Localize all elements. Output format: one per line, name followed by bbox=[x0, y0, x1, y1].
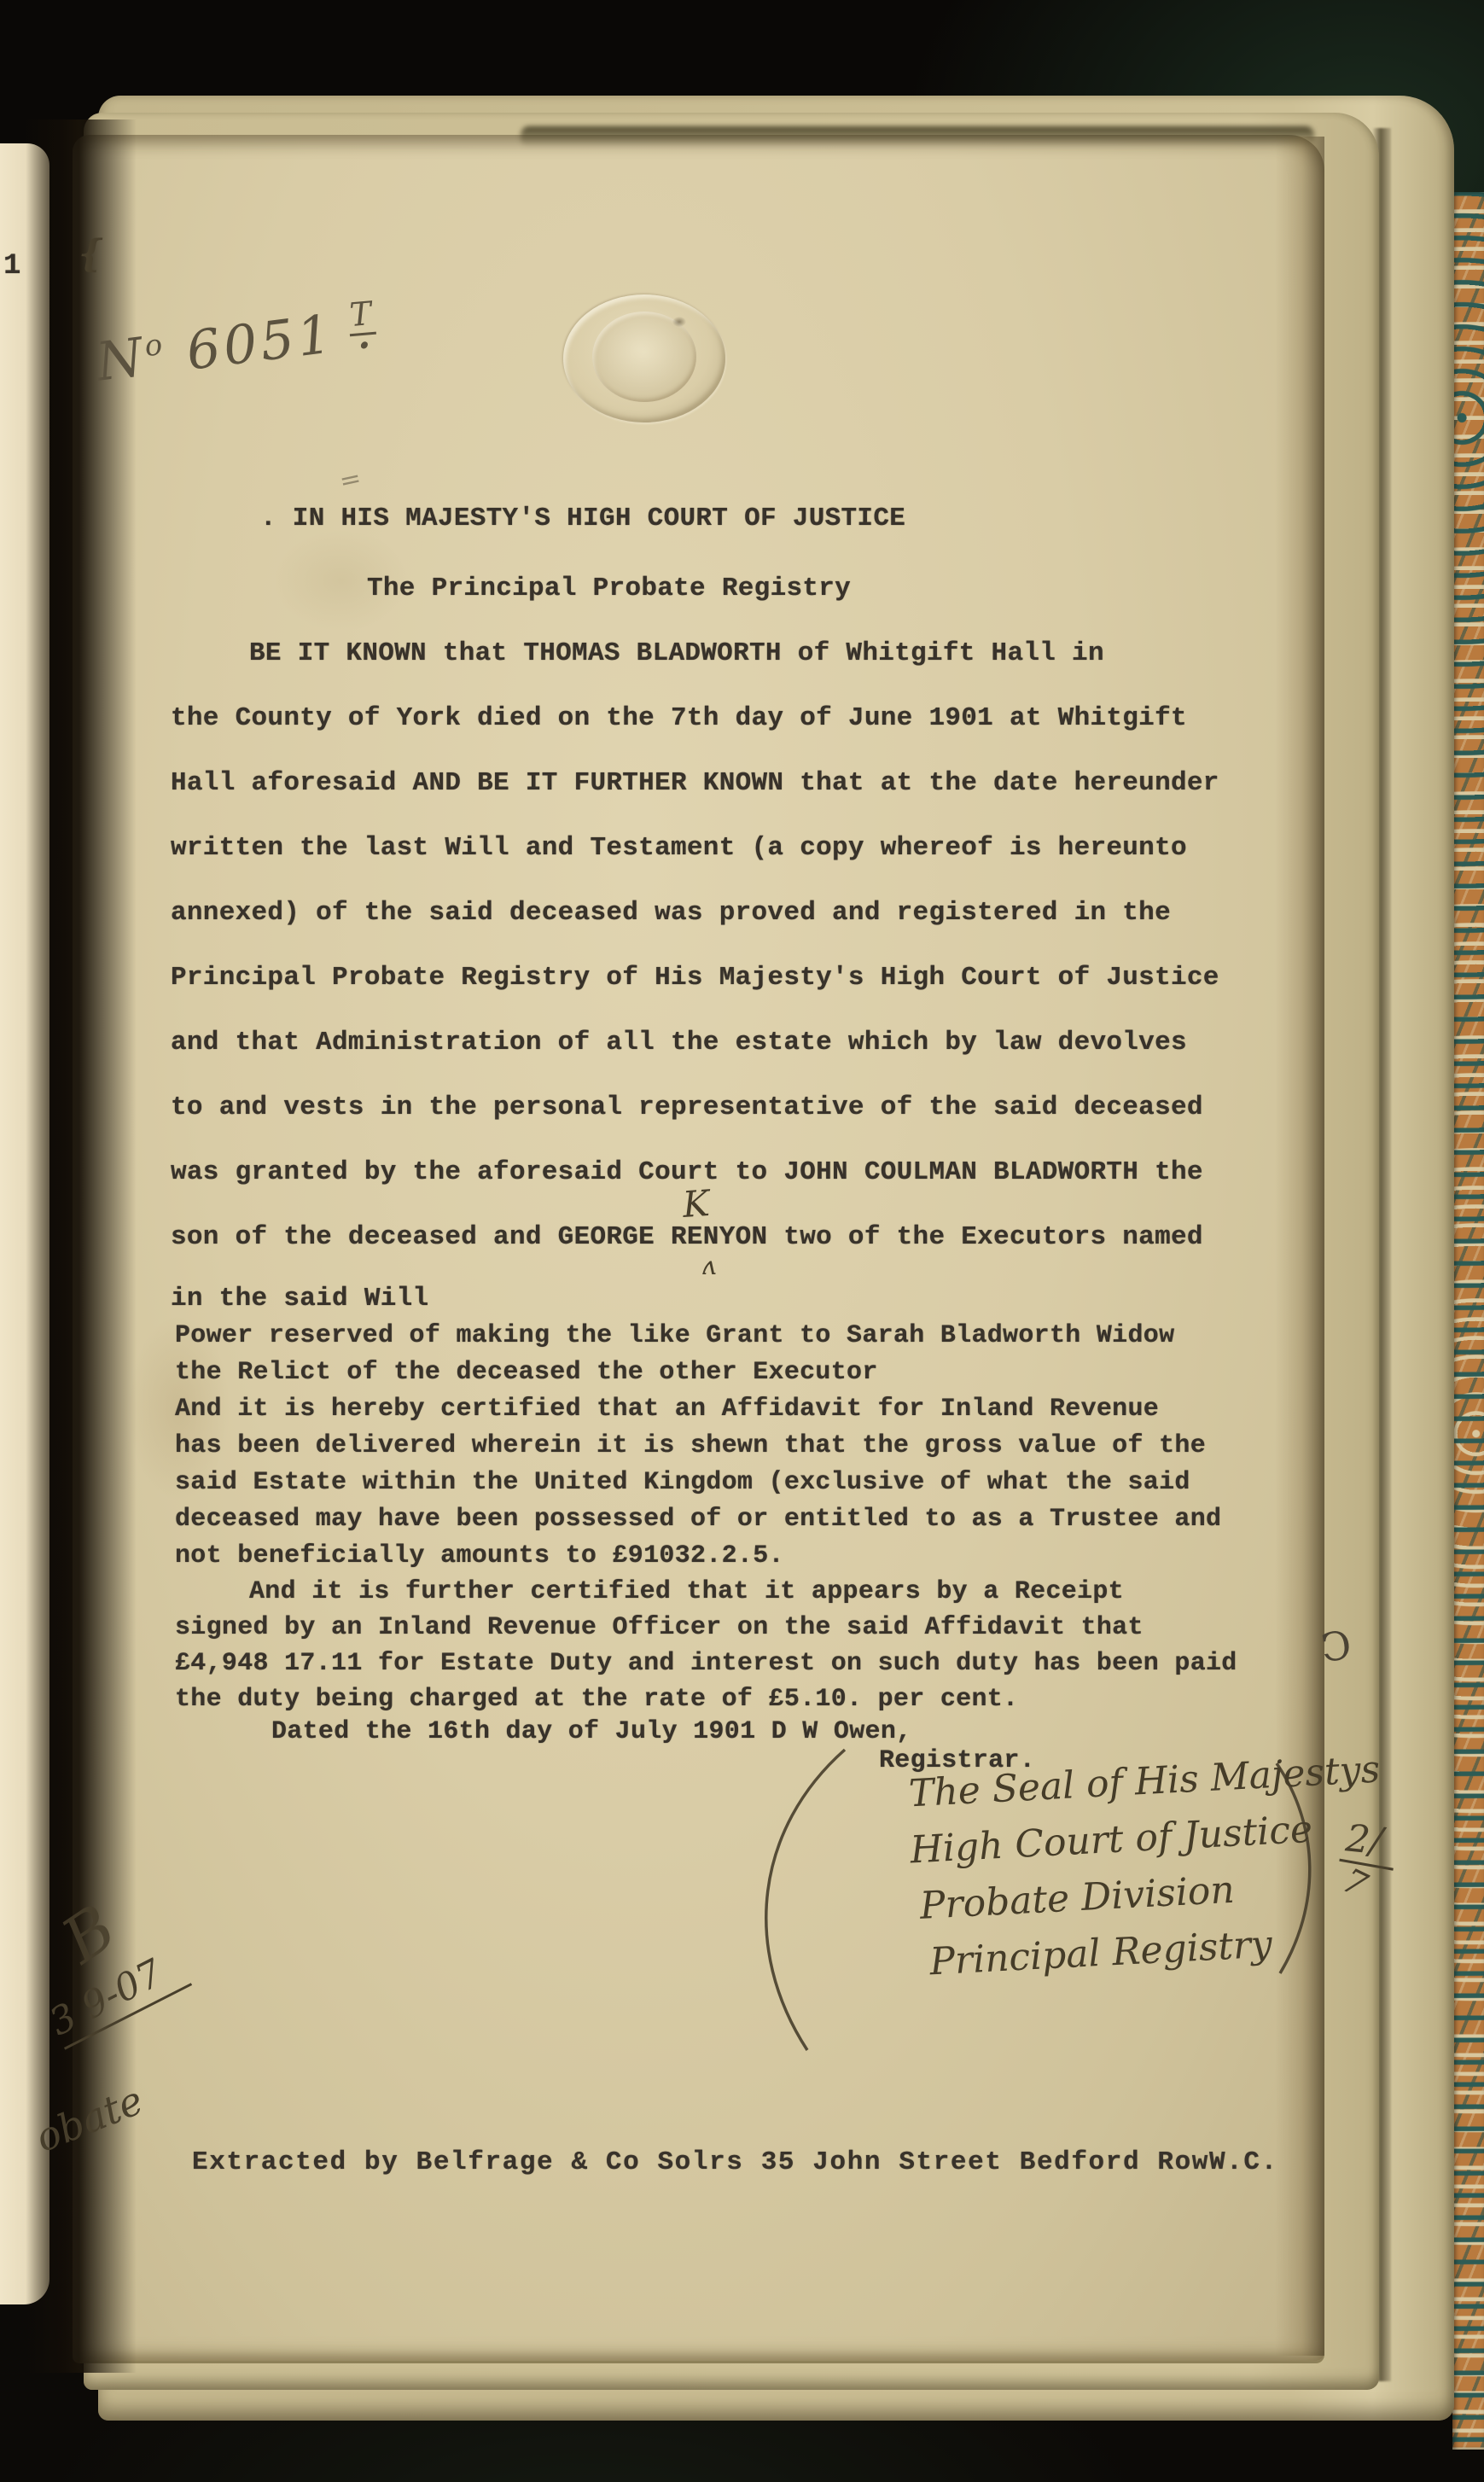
extraction-footer: Extracted by Belfrage & Co Solrs 35 John… bbox=[192, 2147, 1278, 2178]
worn-top-edge bbox=[521, 126, 1314, 147]
typed-line: the County of York died on the 7th day o… bbox=[171, 703, 1187, 734]
typed-line: to and vests in the personal representat… bbox=[171, 1092, 1203, 1123]
court-heading: . IN HIS MAJESTY'S HIGH COURT OF JUSTICE bbox=[260, 504, 905, 534]
typed-line: son of the deceased and GEORGE RENYON tw… bbox=[171, 1222, 1203, 1253]
typed-line: And it is hereby certified that an Affid… bbox=[175, 1395, 1159, 1425]
page-right-crease bbox=[1275, 137, 1324, 2356]
typed-line: and that Administration of all the estat… bbox=[171, 1028, 1187, 1058]
royal-coat-of-arms-embossed-seal-icon bbox=[563, 294, 725, 422]
typed-line: deceased may have been possessed of or e… bbox=[175, 1505, 1221, 1535]
document-number-prefix: N bbox=[93, 325, 150, 393]
edge-fraction-numerator: 2/ bbox=[1344, 1816, 1405, 1866]
document-number-suffix: T bbox=[346, 294, 376, 337]
typed-line: said Estate within the United Kingdom (e… bbox=[175, 1468, 1190, 1498]
typed-line: in the said Will bbox=[171, 1284, 428, 1314]
handwritten-correction-letter: K bbox=[681, 1182, 711, 1226]
typed-line: Hall aforesaid AND BE IT FURTHER KNOWN t… bbox=[171, 768, 1219, 799]
typed-line: signed by an Inland Revenue Officer on t… bbox=[175, 1613, 1144, 1643]
attestation-script: The Seal of His Majestys High Court of J… bbox=[888, 1743, 1371, 1993]
opposite-page-number: 1 bbox=[3, 250, 21, 283]
typed-line: the Relict of the deceased the other Exe… bbox=[175, 1358, 878, 1388]
typed-line: Principal Probate Registry of His Majest… bbox=[171, 963, 1219, 993]
typed-line: Power reserved of making the like Grant … bbox=[175, 1321, 1174, 1351]
typed-line: £4,948 17.11 for Estate Duty and interes… bbox=[175, 1649, 1237, 1679]
typed-line: has been delivered wherein it is shewn t… bbox=[175, 1431, 1206, 1461]
marbled-cover-edge bbox=[1452, 192, 1484, 2450]
typed-line: not beneficially amounts to £91032.2.5. bbox=[175, 1541, 784, 1571]
typed-line: And it is further certified that it appe… bbox=[249, 1577, 1124, 1607]
typed-line: written the last Will and Testament (a c… bbox=[171, 833, 1187, 864]
typed-line: the duty being charged at the rate of £5… bbox=[175, 1685, 1018, 1715]
ink-brace-mark: { bbox=[79, 232, 102, 276]
registry-heading: The Principal Probate Registry bbox=[367, 574, 851, 604]
typed-line: annexed) of the said deceased was proved… bbox=[171, 898, 1171, 929]
correction-caret-mark: ʌ bbox=[701, 1251, 716, 1281]
dated-line: Dated the 16th day of July 1901 D W Owen… bbox=[271, 1717, 911, 1747]
typed-line: BE IT KNOWN that THOMAS BLADWORTH of Whi… bbox=[249, 638, 1104, 669]
ink-curl-mark: C bbox=[1318, 1622, 1353, 1671]
probate-register-book-scan: 1 { No 6051 . T = . IN HIS MAJESTY'S HIG… bbox=[0, 0, 1484, 2482]
